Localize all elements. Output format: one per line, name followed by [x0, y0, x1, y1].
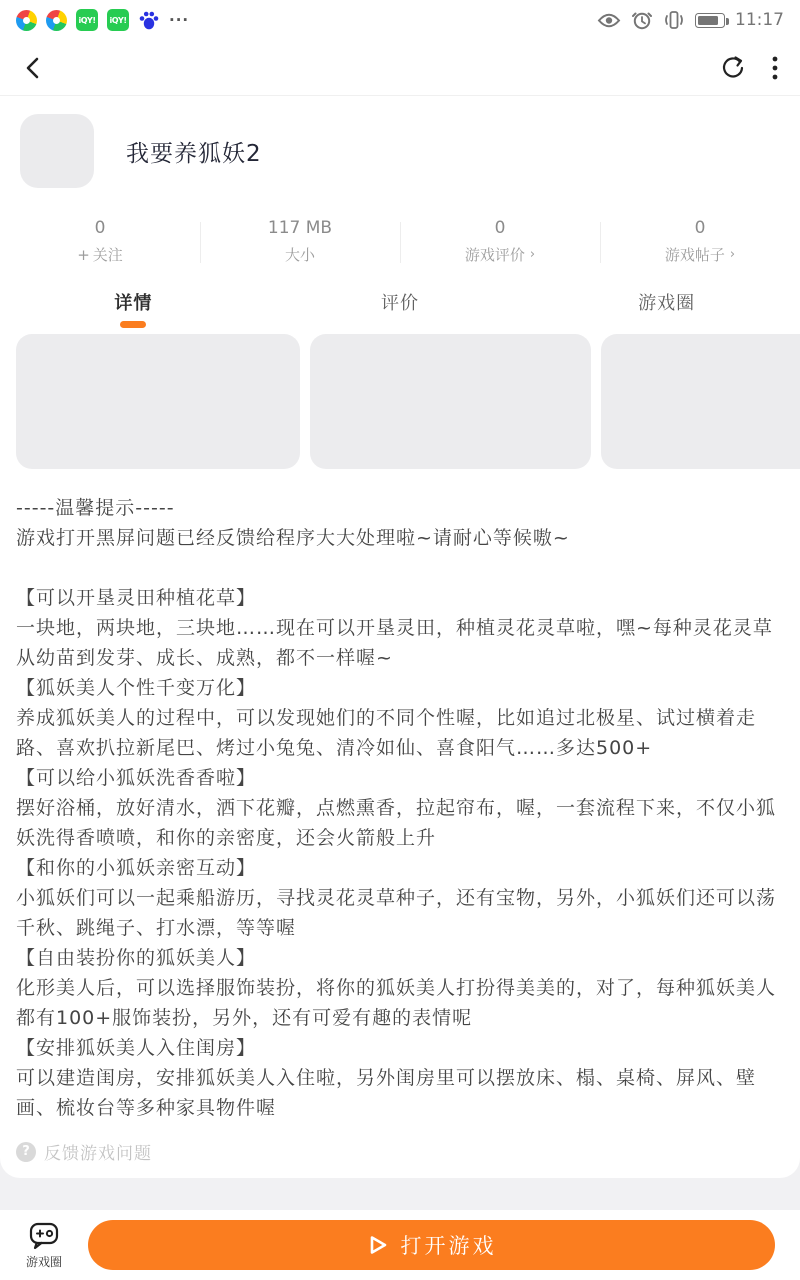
- screenshot-placeholder[interactable]: [310, 334, 591, 469]
- status-bar: iQY! iQY! ···: [0, 0, 800, 40]
- section-heading: 【和你的小狐妖亲密互动】: [16, 853, 784, 883]
- reviews-count: 0: [495, 218, 506, 238]
- plus-icon: +: [77, 246, 90, 264]
- game-community-bubble-icon: [28, 1221, 60, 1251]
- section-heading: 【自由装扮你的狐妖美人】: [16, 943, 784, 973]
- kebab-menu-icon[interactable]: [772, 55, 778, 81]
- baidu-paw-icon: [138, 9, 160, 31]
- bottom-action-bar: 游戏圈 打开游戏: [0, 1210, 800, 1280]
- alarm-icon: [631, 9, 653, 31]
- description-paragraph: -----温馨提示-----: [16, 493, 784, 523]
- section-heading: 【狐妖美人个性千变万化】: [16, 673, 784, 703]
- back-icon[interactable]: [22, 55, 44, 81]
- posts-label: 游戏帖子: [665, 244, 725, 265]
- follow-count: 0: [95, 218, 106, 238]
- description-paragraph: 游戏打开黑屏问题已经反馈给程序大大处理啦~请耐心等候嗷~: [16, 523, 784, 553]
- description-paragraph: 可以建造闺房，安排狐妖美人入住啦，另外闺房里可以摆放床、榻、桌椅、屏风、壁画、梳…: [16, 1063, 784, 1123]
- refresh-icon[interactable]: [720, 55, 746, 81]
- tab-community[interactable]: 游戏圈: [533, 289, 800, 328]
- pinwheel-app-icon: [16, 10, 37, 31]
- description-paragraph: 摆好浴桶，放好清水，洒下花瓣，点燃熏香，拉起帘布，喔，一套流程下来，不仅小狐妖洗…: [16, 793, 784, 853]
- battery-icon: [695, 13, 725, 28]
- pinwheel-app-icon: [46, 10, 67, 31]
- size-value: 117 MB: [268, 218, 332, 238]
- page-card: iQY! iQY! ···: [0, 0, 800, 1178]
- description-paragraph: 化形美人后，可以选择服饰装扮，将你的狐妖美人打扮得美美的，对了，每种狐妖美人都有…: [16, 973, 784, 1033]
- game-icon-placeholder: [20, 114, 94, 188]
- status-indicators: 11:17: [597, 9, 784, 31]
- size-label: 大小: [285, 244, 315, 265]
- stat-follow[interactable]: 0 + 关注: [0, 218, 200, 265]
- game-description: -----温馨提示----- 游戏打开黑屏问题已经反馈给程序大大处理啦~请耐心等…: [0, 493, 800, 1123]
- section-heading: 【可以开垦灵田种植花草】: [16, 583, 784, 613]
- iqiyi-app-icon: iQY!: [107, 9, 129, 31]
- chevron-right-icon: ›: [730, 247, 735, 262]
- tab-bar: 详情 评价 游戏圈: [0, 289, 800, 328]
- nav-bar: [0, 40, 800, 96]
- game-title: 我要养狐妖2: [126, 135, 262, 168]
- play-icon: [367, 1233, 389, 1257]
- stats-row: 0 + 关注 117 MB 大小 0 游戏评价 › 0 游戏帖子 ›: [0, 218, 800, 265]
- active-tab-indicator: [120, 321, 146, 328]
- feedback-row[interactable]: ? 反馈游戏问题: [0, 1139, 800, 1164]
- posts-count: 0: [695, 218, 706, 238]
- open-game-button[interactable]: 打开游戏: [88, 1220, 775, 1270]
- follow-label: 关注: [93, 244, 123, 265]
- screenshot-placeholder[interactable]: [601, 334, 800, 469]
- description-paragraph: 一块地，两块地，三块地……现在可以开垦灵田，种植灵花灵草啦，嘿~每种灵花灵草从幼…: [16, 613, 784, 673]
- feedback-label: 反馈游戏问题: [44, 1139, 152, 1164]
- app-notification-icons: iQY! iQY! ···: [16, 9, 189, 31]
- iqiyi-app-icon: iQY!: [76, 9, 98, 31]
- chevron-right-icon: ›: [530, 247, 535, 262]
- stat-posts[interactable]: 0 游戏帖子 ›: [600, 218, 800, 265]
- tab-details[interactable]: 详情: [0, 289, 267, 328]
- community-label: 游戏圈: [26, 1253, 62, 1270]
- eye-comfort-icon: [597, 12, 621, 29]
- community-shortcut[interactable]: 游戏圈: [0, 1221, 88, 1270]
- vibrate-icon: [663, 9, 685, 31]
- section-heading: 【可以给小狐妖洗香香啦】: [16, 763, 784, 793]
- section-heading: 【安排狐妖美人入住闺房】: [16, 1033, 784, 1063]
- question-icon: ?: [16, 1142, 36, 1162]
- status-time: 11:17: [735, 10, 784, 30]
- more-notifications-indicator: ···: [169, 11, 189, 29]
- reviews-label: 游戏评价: [465, 244, 525, 265]
- description-paragraph: 养成狐妖美人的过程中，可以发现她们的不同个性喔，比如追过北极星、试过横着走路、喜…: [16, 703, 784, 763]
- stat-reviews[interactable]: 0 游戏评价 ›: [400, 218, 600, 265]
- stat-size: 117 MB 大小: [200, 218, 400, 265]
- screenshot-carousel: [0, 334, 800, 469]
- screenshot-placeholder[interactable]: [16, 334, 300, 469]
- game-header: 我要养狐妖2: [20, 114, 780, 188]
- tab-reviews[interactable]: 评价: [267, 289, 534, 328]
- open-game-label: 打开游戏: [401, 1230, 497, 1260]
- description-paragraph: 小狐妖们可以一起乘船游历，寻找灵花灵草种子，还有宝物，另外，小狐妖们还可以荡千秋…: [16, 883, 784, 943]
